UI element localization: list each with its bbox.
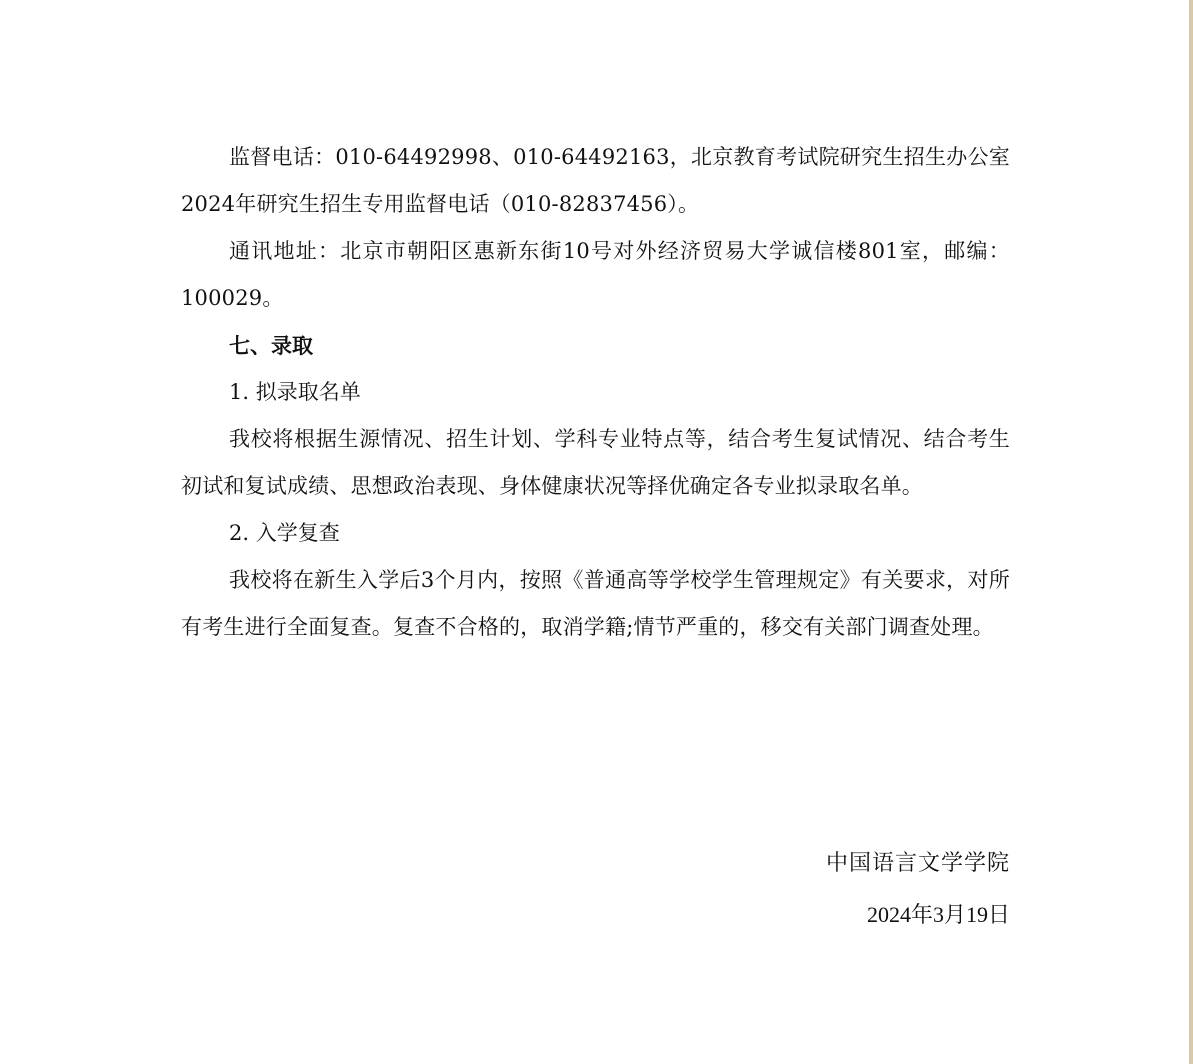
supervision-paragraph: 监督电话：010-64492998、010-64492163，北京教育考试院研究… — [181, 134, 1010, 228]
document-body: 监督电话：010-64492998、010-64492163，北京教育考试院研究… — [181, 134, 1010, 651]
subsection-title-2: 2. 入学复查 — [181, 510, 1010, 557]
signature-date: 2024年3月19日 — [867, 898, 1010, 929]
subsection-body-1: 我校将根据生源情况、招生计划、学科专业特点等，结合考生复试情况、结合考生初试和复… — [181, 416, 1010, 510]
address-paragraph: 通讯地址：北京市朝阳区惠新东街10号对外经济贸易大学诚信楼801室，邮编：100… — [181, 228, 1010, 322]
signature-org: 中国语言文学学院 — [826, 846, 1010, 877]
section-heading: 七、录取 — [181, 322, 1010, 369]
subsection-body-2: 我校将在新生入学后3个月内，按照《普通高等学校学生管理规定》有关要求，对所有考生… — [181, 557, 1010, 651]
subsection-title-1: 1. 拟录取名单 — [181, 369, 1010, 416]
page-edge — [1189, 0, 1193, 1064]
